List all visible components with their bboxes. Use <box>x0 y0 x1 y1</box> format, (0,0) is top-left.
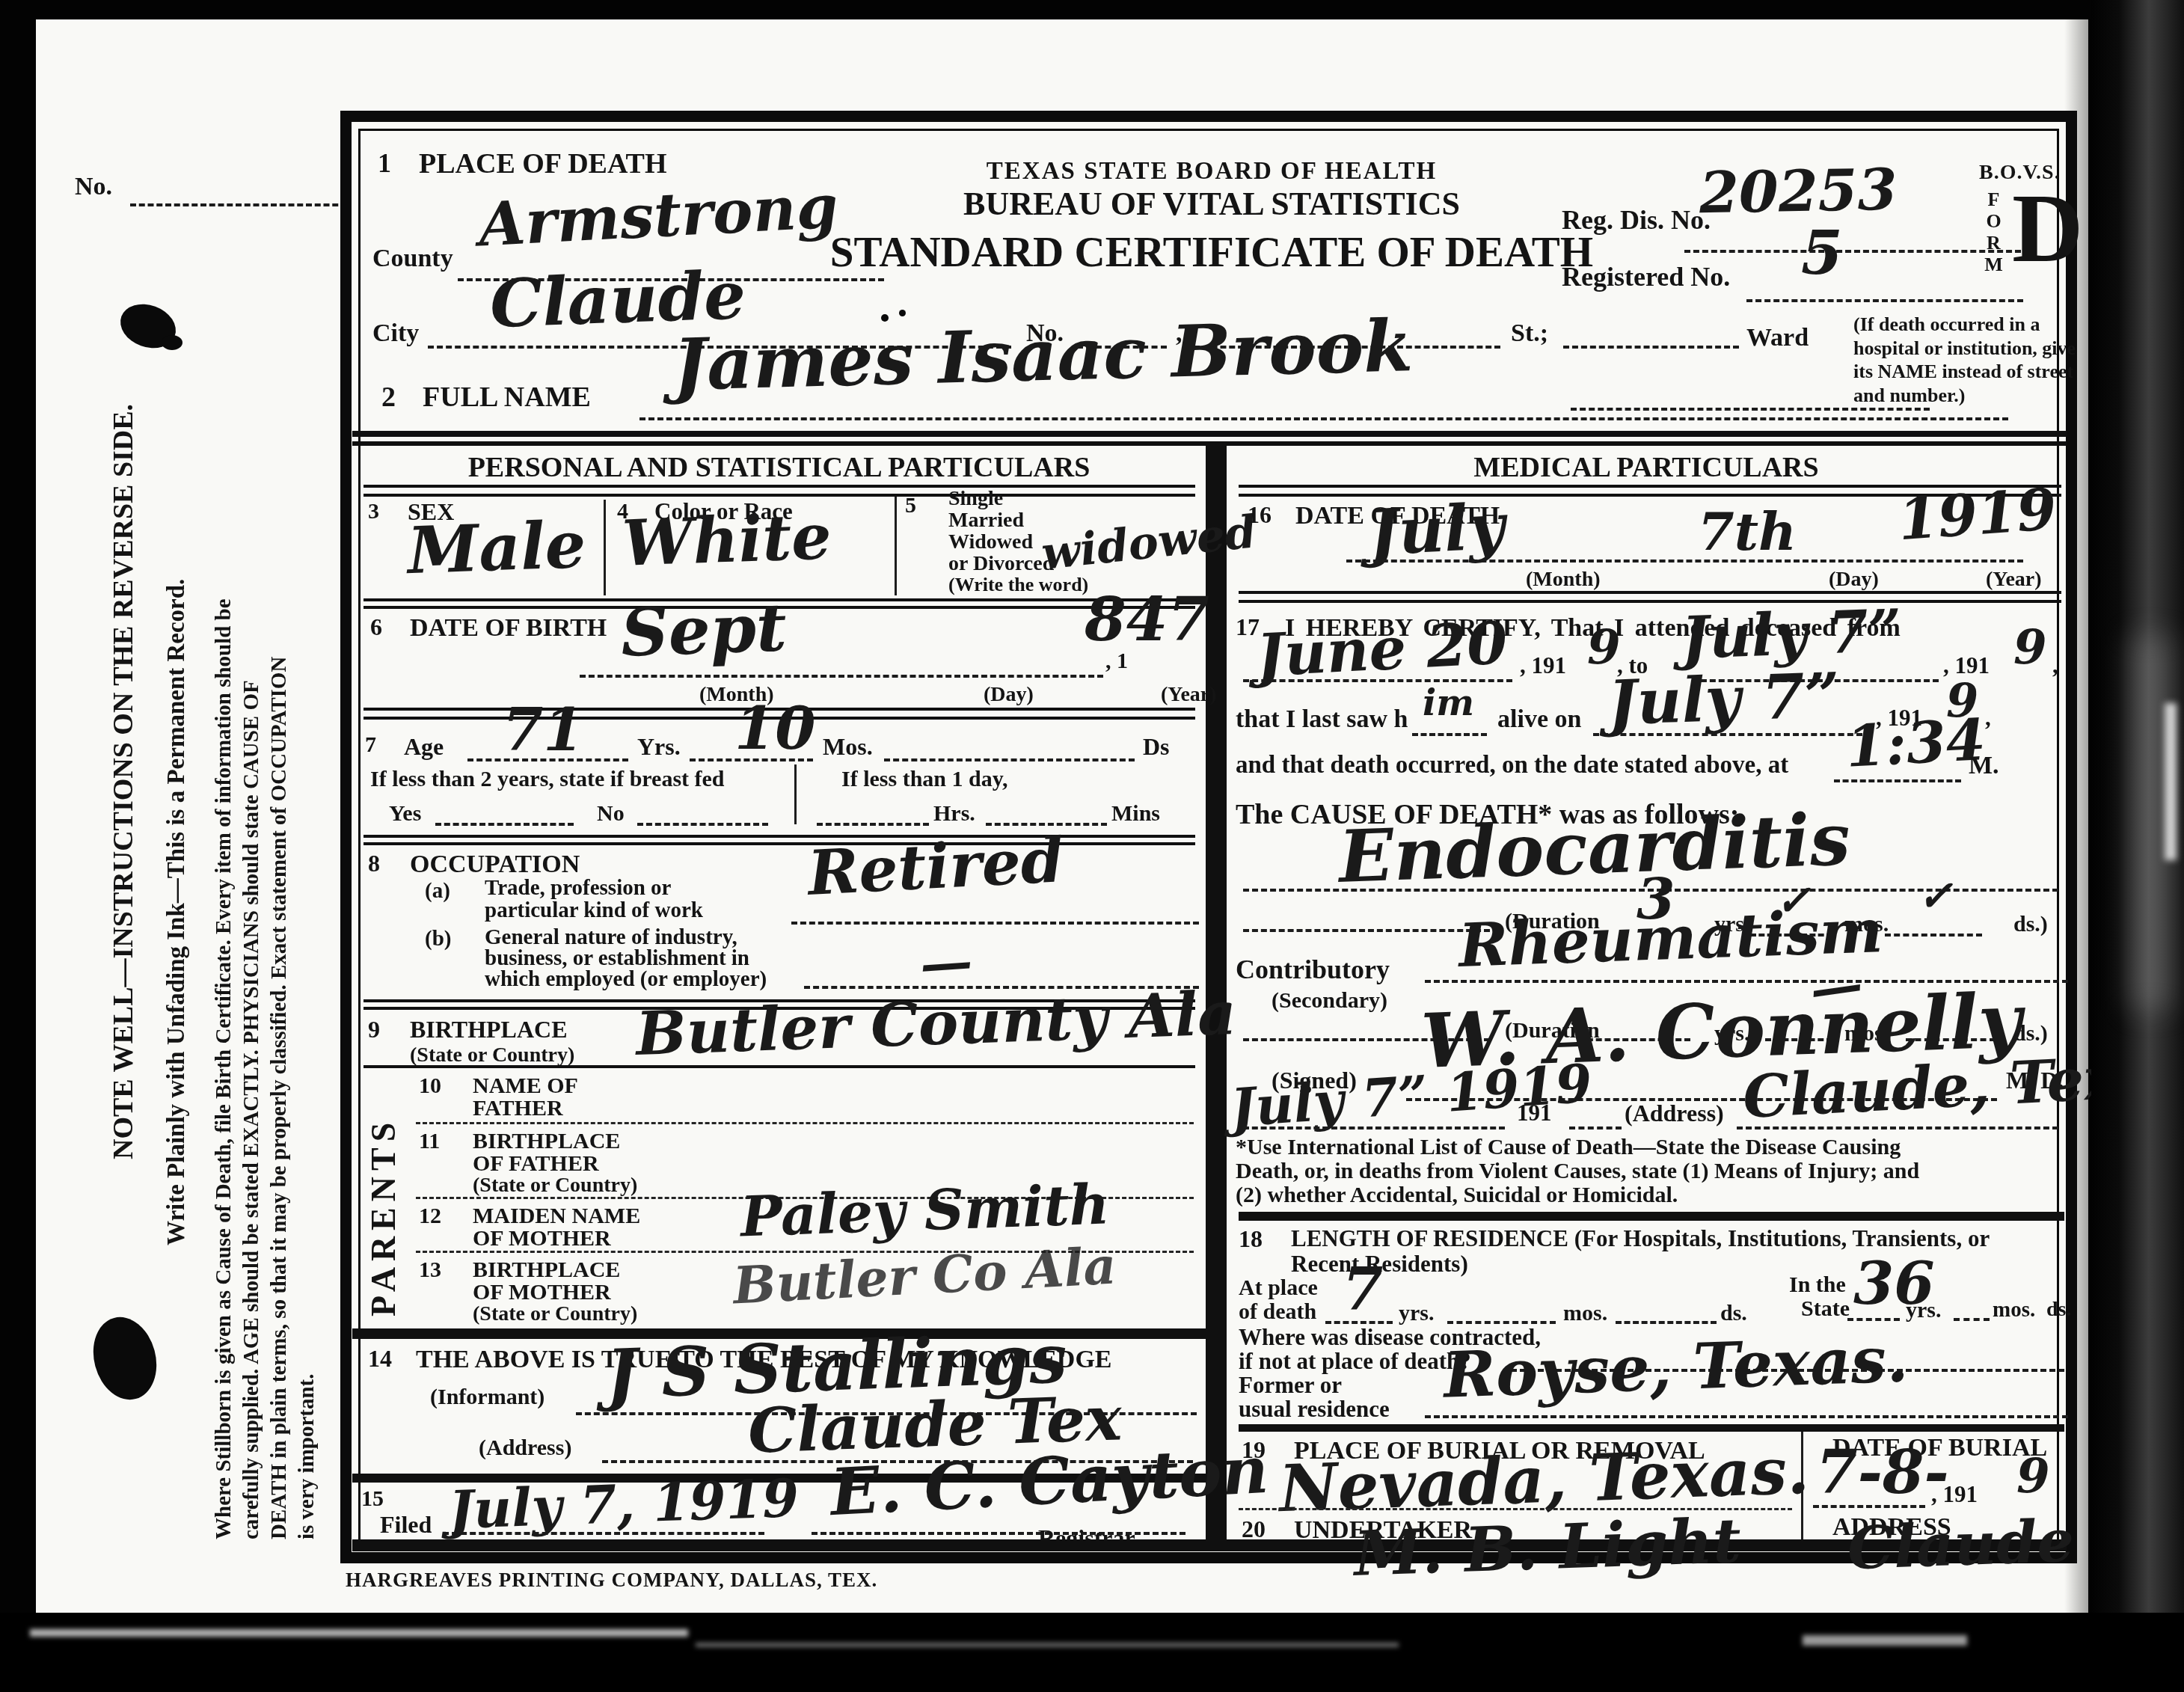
physician-address-line <box>1737 1127 2058 1129</box>
mother-name-value: Paley Smith <box>740 1177 1111 1245</box>
father-bp-line3: (State or Country) <box>473 1174 637 1196</box>
occupation-b-line2: business, or establishment in <box>485 947 749 969</box>
scan-streak <box>696 1643 1399 1647</box>
left-column-heading: PERSONAL AND STATISTICAL PARTICULARS <box>352 453 1206 483</box>
certify-from-value: June 20 <box>1255 614 1509 685</box>
rule <box>364 485 1195 488</box>
parents-group-label: PARENTS <box>366 1085 405 1316</box>
father-bp-line1: BIRTHPLACE <box>473 1129 620 1153</box>
instate-yrs-line <box>1847 1318 1900 1321</box>
mins-label: Mins <box>1111 802 1160 826</box>
no-blank-label: No. <box>75 174 112 200</box>
death-time-value: 1:34 <box>1844 711 1987 776</box>
certify-comma: , <box>1985 706 1991 731</box>
age-section-no: 7 <box>365 733 376 757</box>
duration-ds-label: ds.) <box>2013 913 2048 937</box>
dod-month-value: July <box>1367 494 1506 564</box>
physician-address-label: (Address) <box>1625 1101 1724 1127</box>
informant-label: (Informant) <box>430 1385 545 1409</box>
mother-name-line2: OF MOTHER <box>473 1227 611 1251</box>
dod-day-caption: (Day) <box>1829 568 1879 590</box>
scan-streak <box>30 1629 688 1637</box>
reg-dis-value: 20253 <box>1699 162 1898 222</box>
age-label: Age <box>404 735 444 760</box>
attest-section-no: 14 <box>368 1346 392 1372</box>
county-label: County <box>372 245 453 272</box>
duration-left-line <box>1243 929 1490 932</box>
instate-mos-line <box>1954 1318 1990 1321</box>
fullname-label: FULL NAME <box>423 383 591 413</box>
mother-bp-line1: BIRTHPLACE <box>473 1258 620 1282</box>
occupation-label: OCCUPATION <box>410 851 580 878</box>
registered-no-line <box>1746 299 2023 302</box>
informant-address-label: (Address) <box>479 1436 571 1460</box>
occupation-b-value: — <box>918 935 975 991</box>
ward-line-lower <box>1571 408 1930 411</box>
filed-section-no: 15 <box>361 1487 384 1511</box>
margin-note-line: Where Stillborn is given as Cause of Dea… <box>213 182 239 1539</box>
atplace-label-line2: of death <box>1239 1300 1316 1324</box>
certify-lastsaw-fill: im <box>1423 685 1474 721</box>
dod-section-no: 16 <box>1248 503 1272 528</box>
reg-dis-label: Reg. Dis. No. <box>1562 206 1711 235</box>
age-mos-label: Mos. <box>823 735 873 760</box>
age-mos-value: 10 <box>734 700 816 758</box>
certify-lastsaw-value: July 7” <box>1607 665 1841 735</box>
former-residence-line <box>1425 1415 2068 1418</box>
undertaker-value: M. B. Light <box>1353 1510 1742 1585</box>
registered-no-label: Registered No. <box>1562 263 1730 292</box>
death-time-m-label: M. <box>1969 752 1999 779</box>
rule <box>1239 591 2061 594</box>
city-label: City <box>372 320 419 347</box>
form-word: FORM <box>1984 188 2003 301</box>
rule <box>1239 600 2061 603</box>
age-yrs-label: Yrs. <box>637 735 681 760</box>
instate-ds-label: ds. <box>2046 1299 2071 1320</box>
race-value: White <box>622 505 832 575</box>
age-ds-line <box>884 758 1135 761</box>
atplace-label-line1: At place <box>1239 1276 1318 1300</box>
filed-date-value: July 7, 1919 <box>448 1472 800 1536</box>
burial-year-value: 9 <box>2016 1453 2050 1501</box>
father-bp-section-no: 11 <box>419 1129 440 1153</box>
form-letter-d: D <box>2012 177 2083 281</box>
father-name-section-no: 10 <box>419 1074 441 1098</box>
ward-line-upper <box>1563 346 1739 349</box>
scan-glare <box>2165 703 2177 860</box>
occupation-b-line1: General nature of industry, <box>485 926 737 948</box>
atplace-yrs-label: yrs. <box>1399 1302 1435 1325</box>
dod-month-caption: (Month) <box>1526 568 1601 590</box>
contributory-label: Contributory <box>1236 956 1390 984</box>
marital-option: or Divorced <box>948 553 1054 574</box>
occupation-a-line2: particular kind of work <box>485 899 703 922</box>
birthplace-caption: (State or Country) <box>410 1044 574 1066</box>
father-name-line1: NAME OF <box>473 1074 578 1098</box>
marital-option: Married <box>948 509 1024 531</box>
burial-section-no: 19 <box>1242 1438 1266 1463</box>
rule <box>364 842 1195 845</box>
heavy-rule <box>1239 1424 2064 1432</box>
dob-month-value: Sept <box>620 594 788 666</box>
birthplace-section-no: 9 <box>368 1017 380 1043</box>
cell-divider <box>794 764 797 824</box>
death-time-line <box>1834 779 1961 782</box>
fullname-value: James Isaac Brook <box>672 310 1414 401</box>
mother-bp-section-no: 13 <box>419 1258 441 1282</box>
residence-label-line1: LENGTH OF RESIDENCE (For Hospitals, Inst… <box>1291 1227 1990 1251</box>
age-ds-label: Ds <box>1143 735 1170 760</box>
age-value: 71 <box>503 702 584 760</box>
hospital-note: (If death occurred in a hospital or inst… <box>1853 313 2078 408</box>
mother-name-line1: MAIDEN NAME <box>473 1204 640 1228</box>
sex-section-no: 3 <box>368 500 379 524</box>
registered-no-value: 5 <box>1801 223 1843 283</box>
hrs-label: Hrs. <box>933 802 975 826</box>
rule <box>364 835 1195 838</box>
instate-mos-label: mos. <box>1993 1299 2035 1321</box>
yes-line <box>435 823 574 826</box>
reg-dis-line <box>1684 250 2021 253</box>
occupation-a-value: Retired <box>806 830 1065 904</box>
dod-line <box>1346 560 2023 563</box>
no-label: No <box>597 802 625 826</box>
sex-value: Male <box>407 513 587 583</box>
certify-lastsaw-fill-line <box>1412 733 1487 736</box>
atplace-yrs-value: 7 <box>1343 1261 1383 1319</box>
place-section-no: 1 <box>378 150 391 178</box>
former-residence-value: Royse, Texas. <box>1443 1328 1910 1407</box>
printer-credit: HARGREAVES PRINTING COMPANY, DALLAS, TEX… <box>346 1569 877 1590</box>
scanned-death-certificate: No. NOTE WELL—INSTRUCTIONS ON THE REVERS… <box>0 0 2184 1692</box>
certify-to-year: 9 <box>2013 624 2047 672</box>
mother-bp-line3: (State or Country) <box>473 1303 637 1325</box>
burial-year-prefix: , 191 <box>1931 1483 1978 1507</box>
margin-note-line: NOTE WELL—INSTRUCTIONS ON THE REVERSE SI… <box>109 224 144 1159</box>
cause-note-line1: *Use International List of Cause of Deat… <box>1236 1135 1901 1159</box>
occupation-a-line <box>791 922 1199 925</box>
certify-comma: , <box>2052 654 2058 678</box>
marital-option: Widowed <box>948 531 1033 553</box>
bottom-heavy-rule <box>352 1539 2067 1551</box>
certify-lastsaw-label: that I last saw h <box>1236 706 1408 733</box>
dob-year-caption: (Year) <box>1161 684 1217 705</box>
dob-label: DATE OF BIRTH <box>410 615 607 642</box>
certificate-title: STANDARD CERTIFICATE OF DEATH <box>748 230 1675 275</box>
board-title: TEXAS STATE BOARD OF HEALTH <box>785 159 1638 185</box>
signed-year-prefix: 191 <box>1517 1101 1552 1126</box>
ward-label: Ward <box>1746 325 1809 352</box>
contracted-label-line2: if not at place of death? <box>1239 1349 1471 1374</box>
former-label-line1: Former or <box>1239 1373 1342 1398</box>
secondary-label: (Secondary) <box>1272 989 1387 1013</box>
margin-note-line: Write Plainly with Unfading Ink—This is … <box>165 224 194 1245</box>
fullname-section-no: 2 <box>381 383 396 413</box>
former-label-line2: usual residence <box>1239 1397 1390 1422</box>
mother-bp-line2: OF MOTHER <box>473 1281 611 1305</box>
mother-name-section-no: 12 <box>419 1204 441 1228</box>
atplace-ds-label: ds. <box>1720 1302 1747 1325</box>
birthplace-label: BIRTHPLACE <box>410 1017 567 1043</box>
st-label: St.; <box>1511 320 1548 347</box>
breastfed-label: If less than 2 years, state if breast fe… <box>370 767 725 791</box>
dob-day-caption: (Day) <box>984 684 1034 705</box>
county-value: Armstrong <box>477 176 839 254</box>
scan-streak <box>1803 1635 1967 1646</box>
marital-section-no: 5 <box>905 494 916 518</box>
no-line <box>637 823 768 826</box>
no-blank-line <box>130 203 347 206</box>
certify-aliveon-label: alive on <box>1497 706 1581 733</box>
dob-line <box>580 675 1103 678</box>
margin-note-line: is very important. <box>296 1345 322 1539</box>
signed-date-line <box>1243 1127 1505 1129</box>
duration-ds-line <box>1885 934 1982 937</box>
dod-day-value: 7th <box>1698 506 1797 558</box>
certify-from-year: 9 <box>1587 624 1621 672</box>
rule <box>364 494 1195 497</box>
right-column-heading: MEDICAL PARTICULARS <box>1227 453 2066 483</box>
instate-yrs-label: yrs. <box>1906 1299 1942 1322</box>
cause-note-line2: Death, or, in deaths from Violent Causes… <box>1236 1159 1919 1183</box>
burial-date-value: 7-8- <box>1816 1442 1949 1502</box>
yes-label: Yes <box>389 802 421 826</box>
lessday-label: If less than 1 day, <box>841 767 1008 791</box>
dob-section-no: 6 <box>370 615 382 640</box>
hrs-line <box>817 823 929 826</box>
cell-divider <box>604 500 606 595</box>
parents-row-rule <box>416 1122 1194 1124</box>
father-name-line2: FATHER <box>473 1097 563 1121</box>
instate-label-line2: State <box>1801 1297 1850 1321</box>
fullname-line <box>639 417 2008 420</box>
occupation-b-no: (b) <box>425 928 451 950</box>
heavy-rule <box>1239 1212 2064 1221</box>
rule <box>364 1065 1195 1068</box>
atplace-ds-line <box>1616 1321 1717 1324</box>
residence-section-no: 18 <box>1239 1227 1263 1252</box>
father-bp-line2: OF FATHER <box>473 1152 599 1176</box>
occupation-b-line3: which employed (or employer) <box>485 968 767 990</box>
occupation-a-line1: Trade, profession or <box>485 877 671 899</box>
undertaker-section-no: 20 <box>1242 1517 1266 1542</box>
occupation-a-no: (a) <box>425 880 450 902</box>
marital-option: Single <box>948 488 1003 509</box>
margin-note-line: DEATH in plain terms, so that it may be … <box>269 182 294 1539</box>
margin-note-line: carefully supplied. AGE should be stated… <box>241 182 266 1539</box>
bureau-title: BUREAU OF VITAL STATISTICS <box>785 187 1638 221</box>
dob-year-value: 847 <box>1085 589 1209 649</box>
atplace-mos-label: mos. <box>1563 1302 1607 1325</box>
cause-value: Endocarditis <box>1338 803 1852 893</box>
place-label: PLACE OF DEATH <box>419 150 666 180</box>
dod-year-caption: (Year) <box>1986 568 2042 590</box>
occupation-section-no: 8 <box>368 851 380 877</box>
cell-divider <box>895 497 897 595</box>
instate-label-line1: In the <box>1789 1273 1846 1297</box>
certify-year-prefix: , 191 <box>1520 654 1566 678</box>
dod-year-value: 1919 <box>1897 481 2058 549</box>
filed-label: Filed <box>380 1512 432 1538</box>
burial-date-line <box>1813 1505 1925 1508</box>
header-rule <box>352 431 2067 437</box>
scanner-edge-bottom <box>0 1613 2184 1692</box>
cause-note-line3: (2) whether Accidental, Suicidal or Homi… <box>1236 1183 1678 1207</box>
signed-year-line <box>1569 1127 1622 1129</box>
certify-occurred-label: and that death occurred, on the date sta… <box>1236 752 1788 779</box>
undertaker-address-value: Claude . <box>1847 1511 2116 1578</box>
certify-to-value: July 7” <box>1681 602 1903 668</box>
check-mark: ✓ <box>1918 875 1953 917</box>
